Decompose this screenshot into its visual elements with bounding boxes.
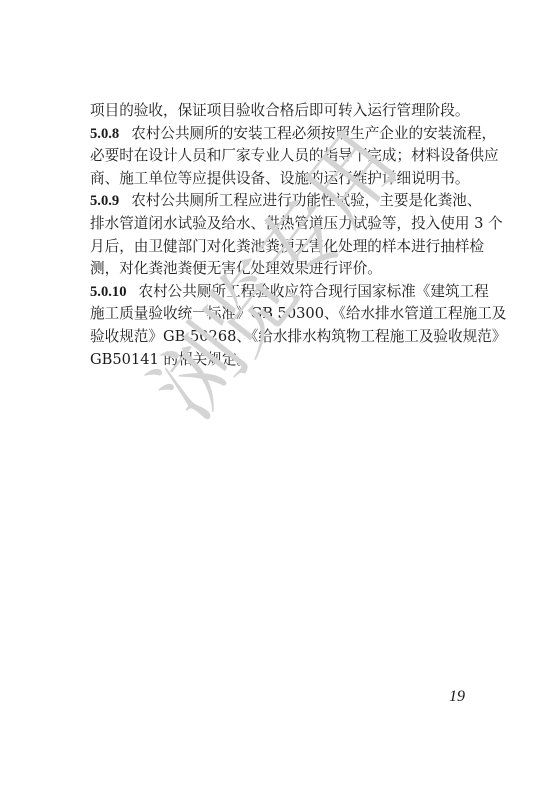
body-text: 项目的验收，保证项目验收合格后即可转入运行管理阶段。 5.0.8农村公共厕所的安… (90, 100, 480, 371)
page-number: 19 (449, 688, 465, 706)
clause-5-0-9-line-1: 5.0.9农村公共厕所工程应进行功能性试验，主要是化粪池、 (90, 190, 480, 213)
clause-5-0-9-line-4: 测，对化粪池粪便无害化处理效果进行评价。 (90, 258, 480, 281)
clause-5-0-10-line-2: 施工质量验收统一标准》GB 50300、《给水排水管道工程施工及 (90, 303, 480, 326)
clause-5-0-10-line-3: 验收规范》GB 50268、《给水排水构筑物工程施工及验收规范》 (90, 326, 480, 349)
clause-text: 农村公共厕所工程应进行功能性试验，主要是化粪池、 (131, 192, 481, 209)
clause-number: 5.0.10 (90, 284, 126, 300)
clause-5-0-8-line-1: 5.0.8农村公共厕所的安装工程必须按照生产企业的安装流程， (90, 123, 480, 146)
clause-5-0-8-line-3: 商、施工单位等应提供设备、设施的运行维护详细说明书。 (90, 168, 480, 191)
clause-number: 5.0.9 (90, 193, 119, 209)
clause-5-0-10-line-4: GB50141 的相关规定。 (90, 349, 480, 372)
clause-5-0-10-line-1: 5.0.10农村公共厕所工程验收应符合现行国家标准《建筑工程 (90, 281, 480, 304)
clause-5-0-9-line-3: 月后，由卫健部门对化粪池粪便无害化处理的样本进行抽样检 (90, 236, 480, 259)
clause-text: 农村公共厕所的安装工程必须按照生产企业的安装流程， (131, 125, 496, 142)
clause-text: 农村公共厕所工程验收应符合现行国家标准《建筑工程 (138, 283, 488, 300)
continuation-line: 项目的验收，保证项目验收合格后即可转入运行管理阶段。 (90, 100, 480, 123)
clause-5-0-8-line-2: 必要时在设计人员和厂家专业人员的指导下完成；材料设备供应 (90, 145, 480, 168)
clause-5-0-9-line-2: 排水管道闭水试验及给水、供热管道压力试验等，投入使用 3 个 (90, 213, 480, 236)
document-page: 项目的验收，保证项目验收合格后即可转入运行管理阶段。 5.0.8农村公共厕所的安… (0, 0, 551, 790)
clause-number: 5.0.8 (90, 126, 119, 142)
